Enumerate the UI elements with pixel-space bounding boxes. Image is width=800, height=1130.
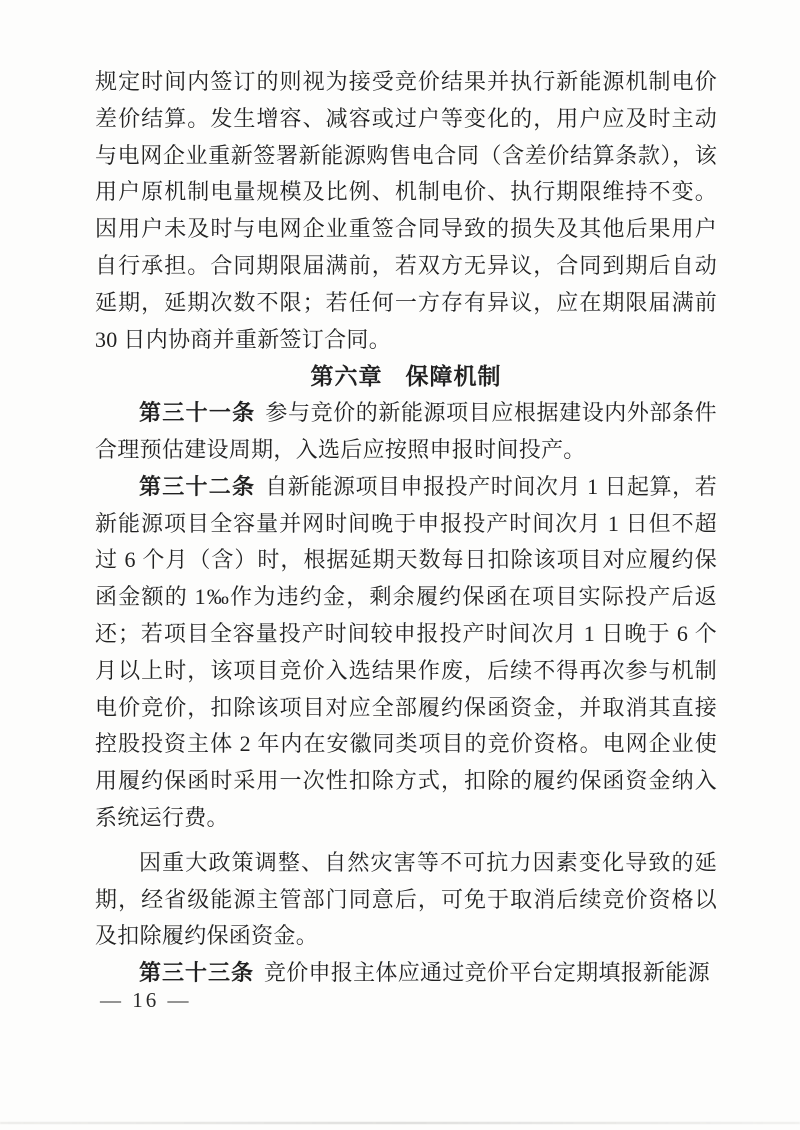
document-body: 规定时间内签订的则视为接受竞价结果并执行新能源机制电价差价结算。发生增容、减容或… <box>95 64 717 992</box>
article-33-paragraph: 第三十三条竞价申报主体应通过竞价平台定期填报新能源 <box>95 955 717 992</box>
continuation-paragraph: 规定时间内签订的则视为接受竞价结果并执行新能源机制电价差价结算。发生增容、减容或… <box>95 64 717 358</box>
force-majeure-paragraph: 因重大政策调整、自然灾害等不可抗力因素变化导致的延期，经省级能源主管部门同意后，… <box>95 845 717 955</box>
article-33-number: 第三十三条 <box>139 960 254 985</box>
article-32-paragraph: 第三十二条自新能源项目申报投产时间次月 1 日起算，若新能源项目全容量并网时间晚… <box>95 469 717 837</box>
scan-artifact-line <box>0 1122 800 1124</box>
chapter-number: 第六章 <box>311 363 383 389</box>
chapter-title: 保障机制 <box>406 363 502 389</box>
article-32-text: 自新能源项目申报投产时间次月 1 日起算，若新能源项目全容量并网时间晚于申报投产… <box>95 474 717 830</box>
article-31-paragraph: 第三十一条参与竞价的新能源项目应根据建设内外部条件合理预估建设周期，入选后应按照… <box>95 395 717 469</box>
page-number: — 16 — <box>100 988 192 1013</box>
chapter-heading: 第六章保障机制 <box>95 358 717 395</box>
article-33-text: 竞价申报主体应通过竞价平台定期填报新能源 <box>264 960 710 985</box>
document-page: 规定时间内签订的则视为接受竞价结果并执行新能源机制电价差价结算。发生增容、减容或… <box>0 0 800 1130</box>
article-31-number: 第三十一条 <box>139 400 255 425</box>
article-32-number: 第三十二条 <box>139 474 255 499</box>
